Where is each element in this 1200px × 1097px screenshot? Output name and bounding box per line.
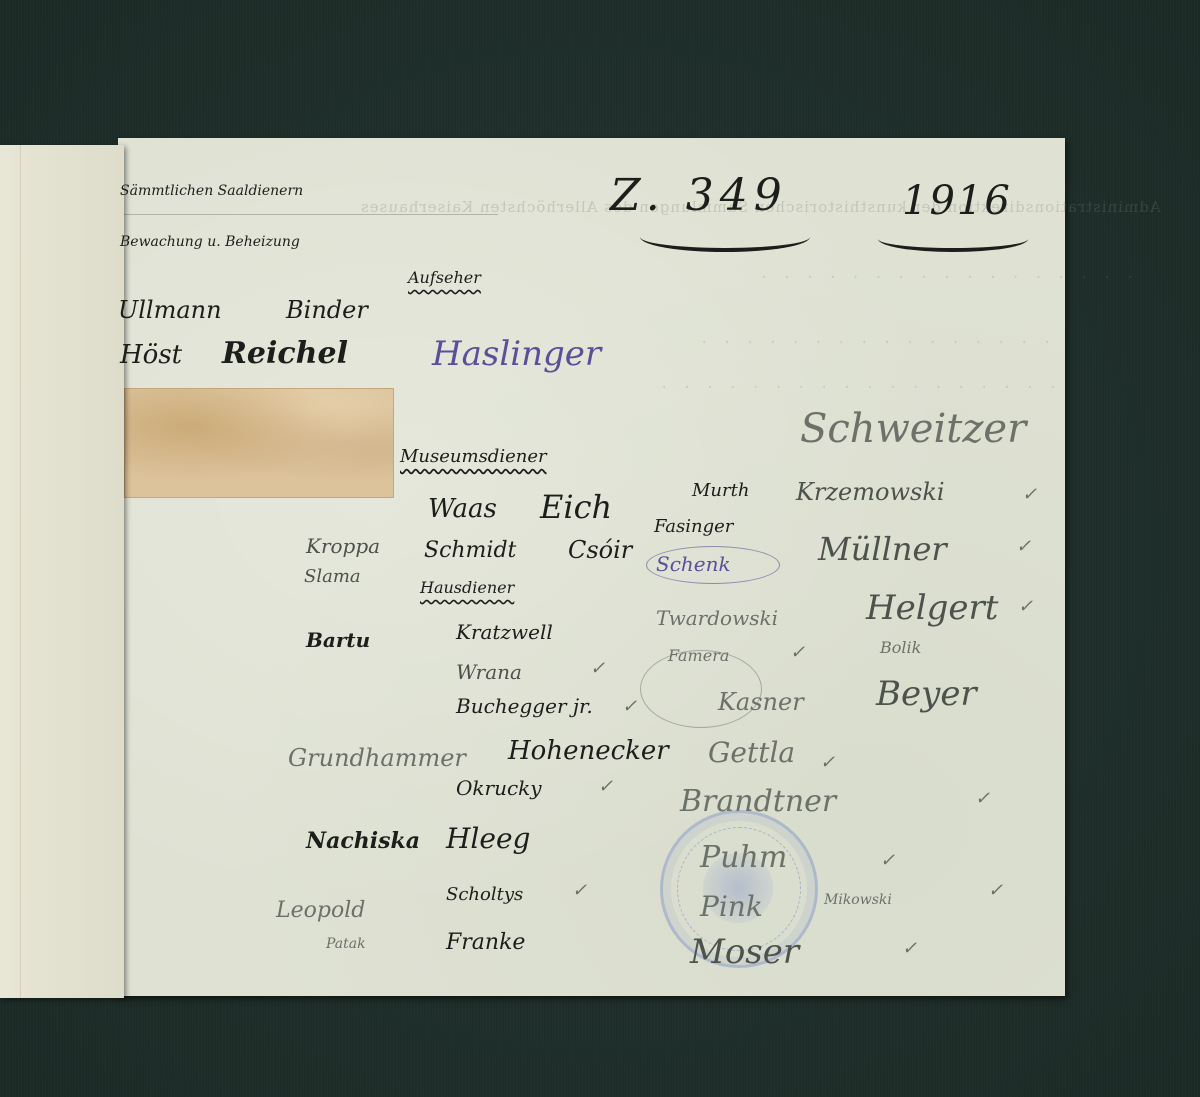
signature-hoest: Höst xyxy=(120,340,182,370)
signature-wrana: Wrana xyxy=(456,660,522,684)
reference-number: Z. 349 xyxy=(610,170,788,221)
signature-buchegger: Buchegger jr. xyxy=(456,694,593,718)
signature-patak: Patak xyxy=(326,936,366,952)
signature-csoir: Csóir xyxy=(568,536,632,564)
check-mark-icon: ✓ xyxy=(880,850,895,871)
check-mark-icon: ✓ xyxy=(902,938,917,959)
signature-fasinger: Fasinger xyxy=(654,516,733,537)
signature-hleeg: Hleeg xyxy=(446,822,530,855)
aufseher-heading: Aufseher xyxy=(408,268,481,287)
check-mark-icon: ✓ xyxy=(1016,536,1031,557)
signature-moser: Moser xyxy=(690,932,799,972)
signature-schmidt: Schmidt xyxy=(424,538,516,563)
signature-reichel: Reichel xyxy=(222,336,348,371)
check-mark-icon: ✓ xyxy=(975,788,990,809)
signature-twardowski: Twardowski xyxy=(656,606,778,630)
signature-mikowski: Mikowski xyxy=(824,892,892,908)
bleed-typed-line-1: · · · · · · · · · · · · · · · · · xyxy=(760,270,1137,286)
signature-kroppa: Kroppa xyxy=(306,534,380,558)
signature-waas: Waas xyxy=(428,494,497,524)
check-mark-icon: ✓ xyxy=(988,880,1003,901)
signature-bartu: Bartu xyxy=(306,628,370,652)
schenk-circle xyxy=(646,546,780,584)
check-mark-icon: ✓ xyxy=(820,752,835,773)
header-line-2: Bewachung u. Beheizung xyxy=(120,234,300,250)
reference-underline-swash xyxy=(640,222,810,252)
folded-flap xyxy=(0,145,124,998)
header-rule xyxy=(118,214,498,215)
signature-puhm: Puhm xyxy=(700,840,787,875)
signature-ullmann: Ullmann xyxy=(118,296,222,324)
bleed-typed-line-2: · · · · · · · · · · · · · · · · xyxy=(700,335,1054,351)
signature-helgert: Helgert xyxy=(866,588,998,628)
year: 1916 xyxy=(902,178,1012,224)
signature-murth: Murth xyxy=(692,480,749,501)
signature-muellner: Müllner xyxy=(818,530,947,568)
signature-leopold: Leopold xyxy=(276,898,365,923)
museumsdiener-heading: Museumsdiener xyxy=(400,446,547,467)
bleed-typed-line-3: · · · · · · · · · · · · · · · · · · xyxy=(660,380,1060,396)
signature-beyer: Beyer xyxy=(876,674,977,714)
pencil-oval-mark xyxy=(640,650,762,728)
signature-franke: Franke xyxy=(446,930,525,955)
check-mark-icon: ✓ xyxy=(1022,484,1037,505)
check-mark-icon: ✓ xyxy=(1018,596,1033,617)
signature-eich: Eich xyxy=(540,488,612,526)
hausdiener-heading: Hausdiener xyxy=(420,578,514,597)
signature-gettla: Gettla xyxy=(708,736,795,769)
signature-krzemowski: Krzemowski xyxy=(796,478,945,506)
signature-pink: Pink xyxy=(700,890,763,923)
signature-nachiska: Nachiska xyxy=(306,828,420,854)
signature-schweitzer: Schweitzer xyxy=(800,406,1026,452)
signature-bolik: Bolik xyxy=(880,638,921,657)
signature-binder: Binder xyxy=(286,296,368,324)
signature-scholtys: Scholtys xyxy=(446,884,523,905)
check-mark-icon: ✓ xyxy=(590,658,605,679)
signature-okrucky: Okrucky xyxy=(456,776,542,800)
signature-kratzwell: Kratzwell xyxy=(456,620,553,644)
header-line-1: Sämmtlichen Saaldienern xyxy=(120,183,303,199)
check-mark-icon: ✓ xyxy=(572,880,587,901)
check-mark-icon: ✓ xyxy=(622,696,637,717)
check-mark-icon: ✓ xyxy=(790,642,805,663)
check-mark-icon: ✓ xyxy=(598,776,613,797)
signature-hohenecker: Hohenecker xyxy=(508,736,669,766)
signature-grundhammer: Grundhammer xyxy=(288,744,466,772)
signature-brandtner: Brandtner xyxy=(680,784,836,819)
year-underline-swash xyxy=(878,226,1028,252)
signature-haslinger: Haslinger xyxy=(432,334,601,374)
paper-tape-stain xyxy=(124,388,394,498)
signature-slama: Slama xyxy=(304,566,361,587)
flap-crease xyxy=(20,145,21,998)
